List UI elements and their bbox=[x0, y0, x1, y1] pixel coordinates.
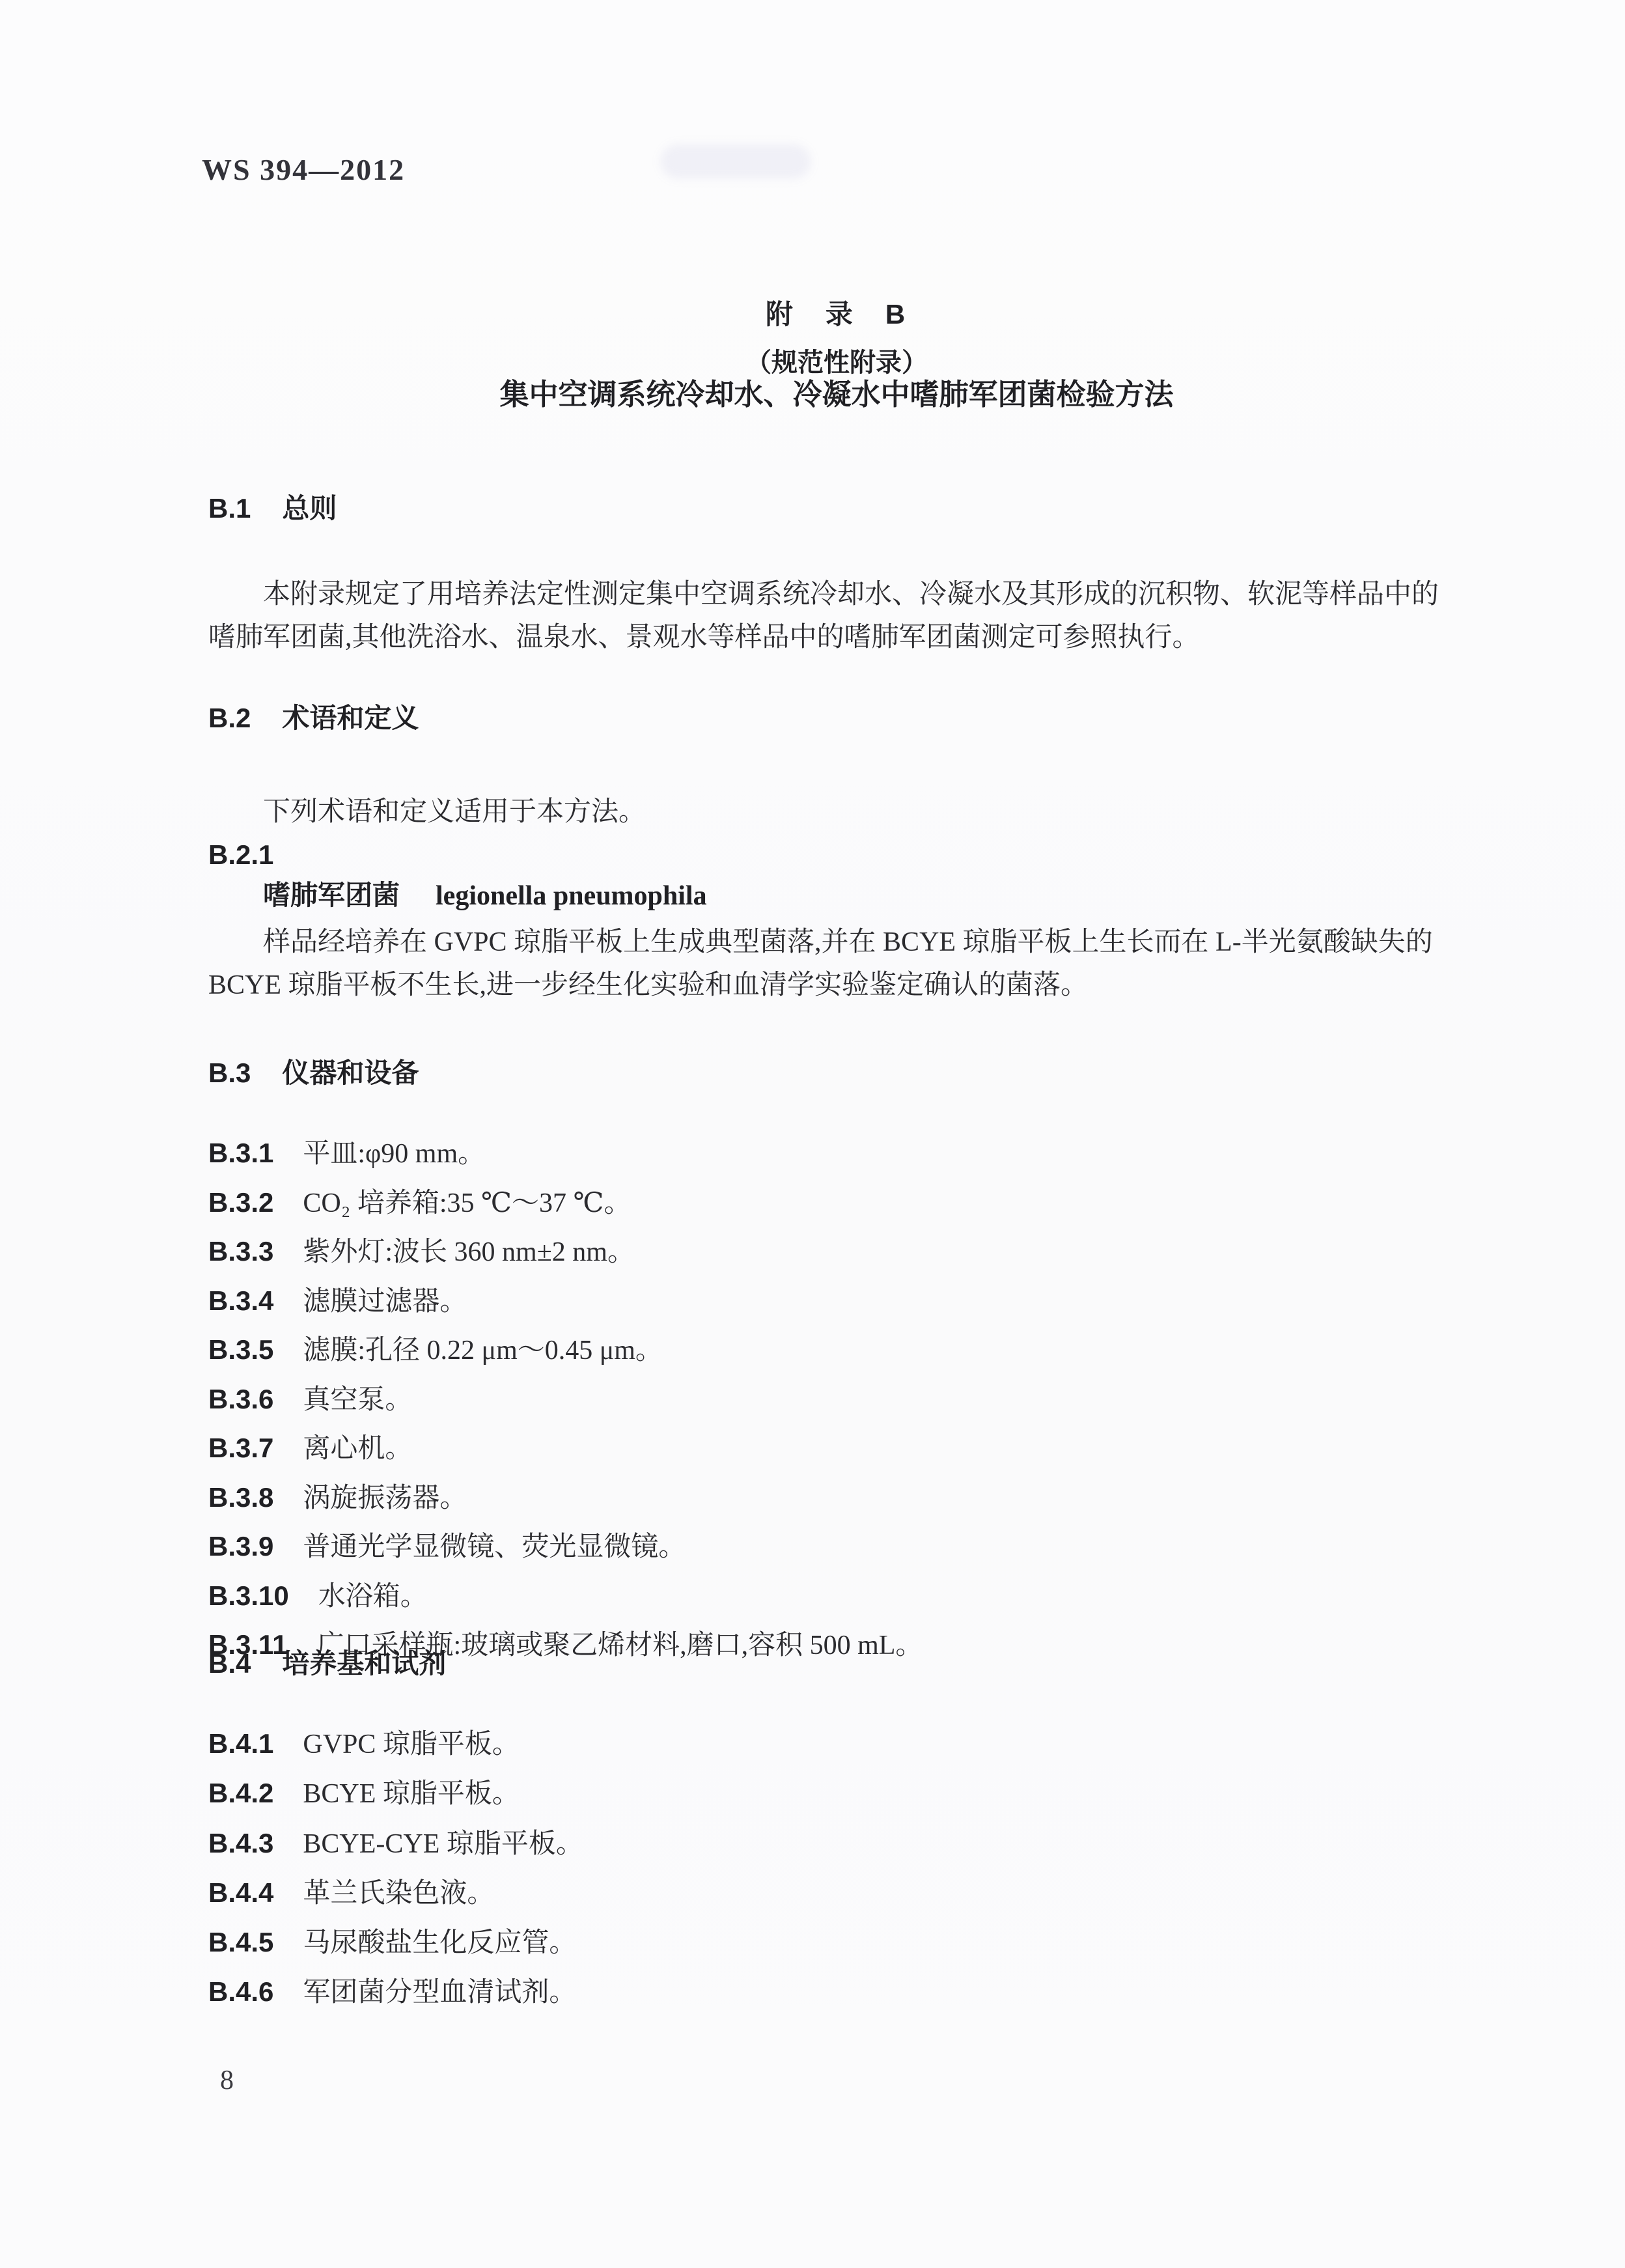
list-item: B.3.8涡旋振荡器。 bbox=[208, 1476, 1465, 1526]
item-number: B.4.1 bbox=[208, 1728, 273, 1759]
item-number: B.3.1 bbox=[208, 1138, 273, 1168]
list-item: B.3.4滤膜过滤器。 bbox=[208, 1280, 1465, 1329]
list-item: B.3.10水浴箱。 bbox=[208, 1575, 1465, 1624]
list-item: B.3.9普通光学显微镜、荧光显微镜。 bbox=[208, 1525, 1465, 1575]
item-text: 涡旋振荡器。 bbox=[303, 1483, 467, 1513]
section-b21-term: 嗜肺军团菌legionella pneumophila bbox=[208, 874, 1520, 917]
section-b4-number: B.4 bbox=[208, 1648, 251, 1679]
item-text: BCYE-CYE 琼脂平板。 bbox=[303, 1829, 583, 1859]
list-item: B.3.7离心机。 bbox=[208, 1427, 1465, 1476]
item-number: B.4.5 bbox=[208, 1927, 273, 1957]
item-number: B.3.5 bbox=[208, 1334, 273, 1365]
item-number: B.3.4 bbox=[208, 1285, 273, 1316]
item-number: B.4.4 bbox=[208, 1877, 273, 1908]
item-text: 马尿酸盐生化反应管。 bbox=[303, 1928, 576, 1958]
list-item: B.3.6真空泵。 bbox=[208, 1378, 1465, 1427]
item-number: B.3.6 bbox=[208, 1384, 273, 1414]
list-item: B.4.4革兰氏染色液。 bbox=[208, 1871, 1465, 1921]
section-b2-number: B.2 bbox=[208, 703, 251, 733]
section-b21-number: B.2.1 bbox=[208, 833, 1465, 876]
item-number: B.4.6 bbox=[208, 1976, 273, 2007]
item-number: B.4.3 bbox=[208, 1828, 273, 1858]
item-text: 离心机。 bbox=[303, 1434, 412, 1464]
item-text: 紫外灯:波长 360 nm±2 nm。 bbox=[303, 1237, 635, 1267]
list-item: B.3.1平皿:φ90 mm。 bbox=[208, 1132, 1465, 1181]
item-text: CO₂ 培养箱:35 ℃～37 ℃。 bbox=[303, 1188, 631, 1218]
item-number: B.3.10 bbox=[208, 1580, 289, 1611]
list-item: B.4.3BCYE-CYE 琼脂平板。 bbox=[208, 1822, 1465, 1871]
page-number: 8 bbox=[220, 2059, 234, 2102]
section-b2-title: 术语和定义 bbox=[282, 703, 419, 733]
list-item: B.4.2BCYE 琼脂平板。 bbox=[208, 1772, 1465, 1821]
section-b4-title: 培养基和试剂 bbox=[282, 1648, 446, 1679]
appendix-heading: 集中空调系统冷却水、冷凝水中嗜肺军团菌检验方法 bbox=[208, 373, 1465, 416]
section-b1-title: 总则 bbox=[282, 493, 337, 524]
list-item: B.4.6军团菌分型血清试剂。 bbox=[208, 1970, 1465, 2020]
section-b3-title: 仪器和设备 bbox=[282, 1057, 419, 1088]
list-item: B.4.5马尿酸盐生化反应管。 bbox=[208, 1921, 1465, 1970]
item-text: BCYE 琼脂平板。 bbox=[303, 1779, 520, 1809]
item-number: B.4.2 bbox=[208, 1778, 273, 1808]
section-b1-paragraph: 本附录规定了用培养法定性测定集中空调系统冷却水、冷凝水及其形成的沉积物、软泥等样… bbox=[208, 573, 1465, 659]
section-b4-list: B.4.1GVPC 琼脂平板。 B.4.2BCYE 琼脂平板。 B.4.3BCY… bbox=[208, 1722, 1465, 2021]
section-b1-heading: B.1总则 bbox=[208, 487, 1465, 530]
item-text: 滤膜:孔径 0.22 μm～0.45 μm。 bbox=[303, 1336, 663, 1365]
section-b4-heading: B.4培养基和试剂 bbox=[208, 1642, 1465, 1685]
standard-number: WS 394—2012 bbox=[202, 148, 405, 191]
item-text: 滤膜过滤器。 bbox=[303, 1287, 467, 1317]
item-text: 平皿:φ90 mm。 bbox=[303, 1139, 485, 1169]
list-item: B.3.2CO₂ 培养箱:35 ℃～37 ℃。 bbox=[208, 1181, 1465, 1231]
item-number: B.3.2 bbox=[208, 1187, 273, 1218]
section-b3-number: B.3 bbox=[208, 1057, 251, 1088]
item-number: B.3.3 bbox=[208, 1236, 273, 1267]
item-text: 普通光学显微镜、荧光显微镜。 bbox=[303, 1532, 686, 1562]
term-chinese: 嗜肺军团菌 bbox=[263, 880, 400, 910]
section-b3-heading: B.3仪器和设备 bbox=[208, 1052, 1465, 1095]
appendix-title: 附 录 B bbox=[208, 293, 1465, 336]
list-item: B.3.5滤膜:孔径 0.22 μm～0.45 μm。 bbox=[208, 1328, 1465, 1378]
term-latin: legionella pneumophila bbox=[436, 881, 707, 911]
section-b3-list: B.3.1平皿:φ90 mm。 B.3.2CO₂ 培养箱:35 ℃～37 ℃。 … bbox=[208, 1132, 1465, 1673]
item-text: 军团菌分型血清试剂。 bbox=[303, 1978, 576, 2008]
item-number: B.3.7 bbox=[208, 1433, 273, 1463]
item-text: 水浴箱。 bbox=[318, 1582, 428, 1612]
section-b1-number: B.1 bbox=[208, 493, 251, 524]
section-b21-paragraph: 样品经培养在 GVPC 琼脂平板上生成典型菌落,并在 BCYE 琼脂平板上生长而… bbox=[208, 921, 1465, 1007]
scan-smudge bbox=[661, 145, 811, 178]
item-text: 真空泵。 bbox=[303, 1385, 412, 1415]
list-item: B.3.3紫外灯:波长 360 nm±2 nm。 bbox=[208, 1230, 1465, 1280]
item-text: 革兰氏染色液。 bbox=[303, 1879, 494, 1909]
document-page: WS 394—2012 附 录 B （规范性附录） 集中空调系统冷却水、冷凝水中… bbox=[0, 0, 1625, 2268]
section-b2-intro: 下列术语和定义适用于本方法。 bbox=[208, 791, 1520, 833]
item-number: B.3.9 bbox=[208, 1531, 273, 1561]
item-text: GVPC 琼脂平板。 bbox=[303, 1729, 520, 1759]
list-item: B.4.1GVPC 琼脂平板。 bbox=[208, 1722, 1465, 1772]
section-b2-heading: B.2术语和定义 bbox=[208, 697, 1465, 740]
item-number: B.3.8 bbox=[208, 1482, 273, 1513]
